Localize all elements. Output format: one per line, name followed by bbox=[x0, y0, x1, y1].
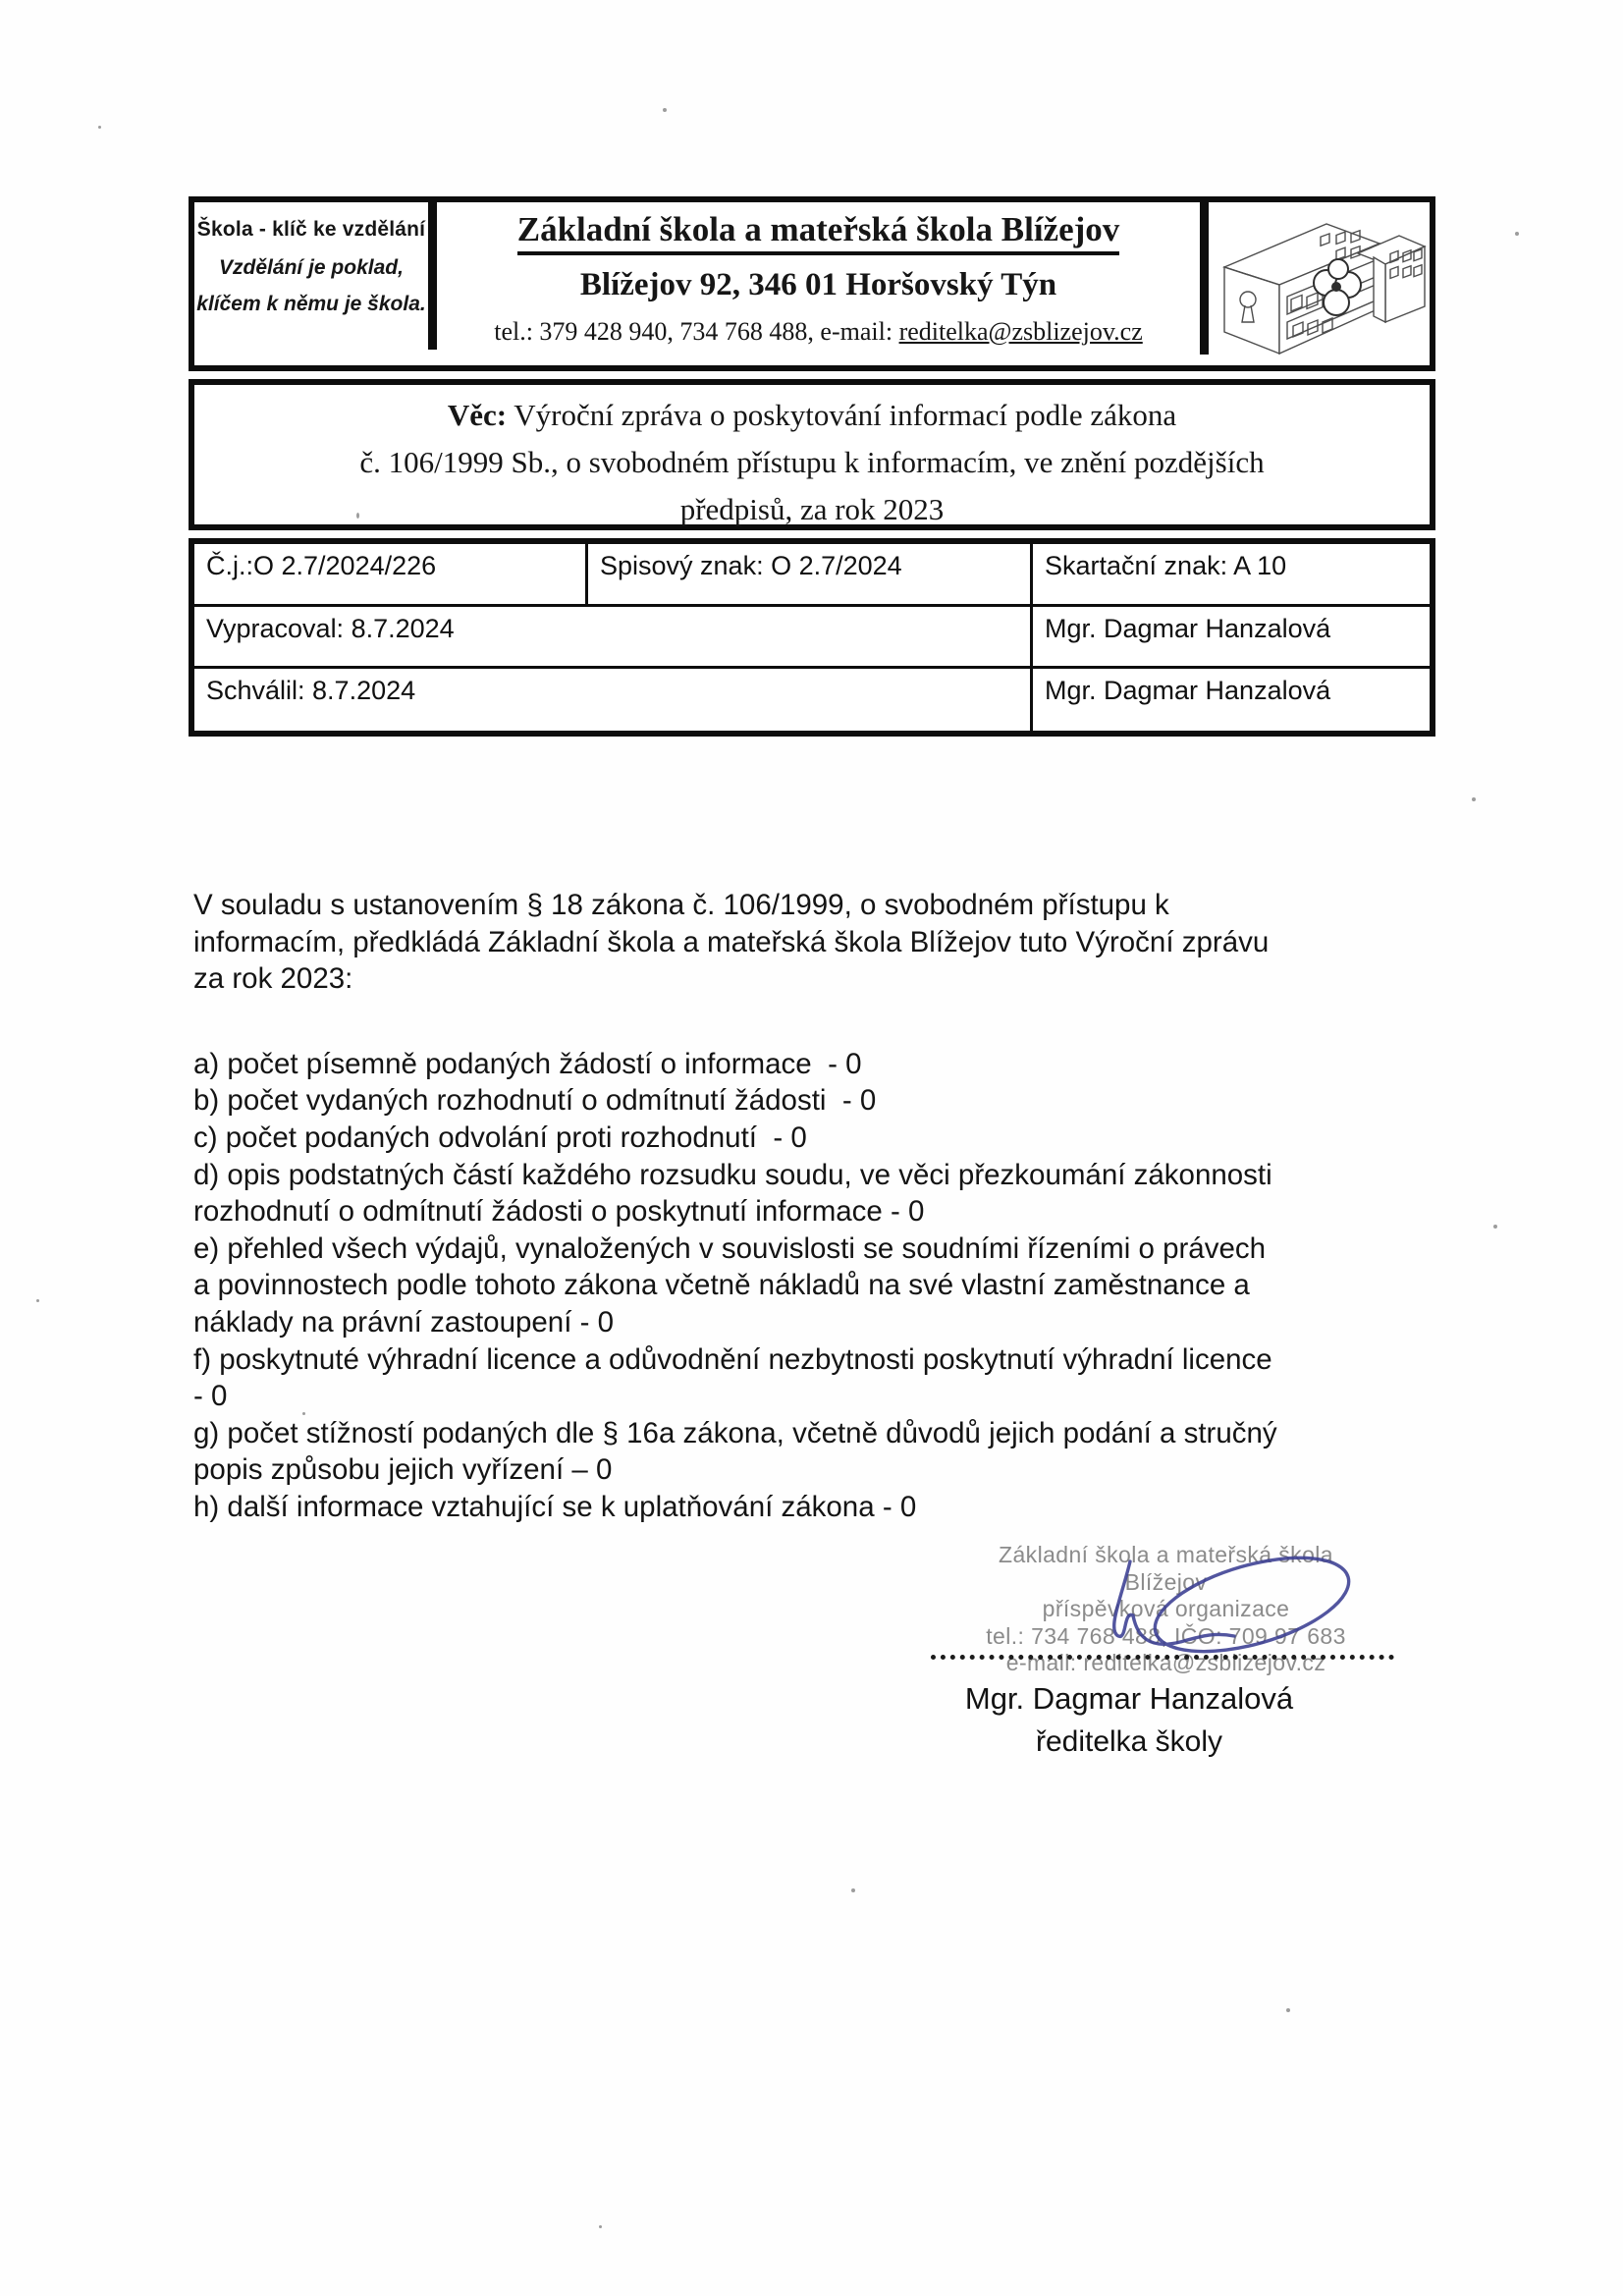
file-mark-cell: Spisový znak: O 2.7/2024 bbox=[588, 544, 1033, 604]
prepared-person-cell: Mgr. Dagmar Hanzalová bbox=[1033, 607, 1430, 666]
list-line: b) počet vydaných rozhodnutí o odmítnutí… bbox=[193, 1082, 1450, 1120]
dotted-signature-line bbox=[931, 1650, 1394, 1660]
table-row: Č.j.:O 2.7/2024/226 Spisový znak: O 2.7/… bbox=[194, 544, 1430, 607]
scan-speck bbox=[1286, 2008, 1290, 2012]
school-address: Blížejov 92, 346 01 Horšovský Týn bbox=[437, 267, 1200, 303]
motto-line-2: Vzdělání je poklad, bbox=[194, 256, 428, 280]
intro-line: V souladu s ustanovením § 18 zákona č. 1… bbox=[193, 887, 1450, 924]
vertical-divider bbox=[428, 202, 437, 350]
list-line: rozhodnutí o odmítnutí žádosti o poskytn… bbox=[193, 1193, 1450, 1230]
subject-label: Věc: bbox=[448, 398, 507, 432]
scan-speck bbox=[663, 108, 667, 112]
subject-box: Věc: Výroční zpráva o poskytování inform… bbox=[189, 379, 1435, 530]
motto-line-1: Škola - klíč ke vzdělání bbox=[194, 218, 428, 242]
approved-person-cell: Mgr. Dagmar Hanzalová bbox=[1033, 669, 1430, 731]
vertical-divider bbox=[1200, 202, 1209, 355]
report-body: V souladu s ustanovením § 18 zákona č. 1… bbox=[193, 887, 1450, 1526]
subject-line-2: č. 106/1999 Sb., o svobodném přístupu k … bbox=[194, 439, 1430, 486]
scanned-document-page: { "header": { "motto": { "line1": "Škola… bbox=[0, 0, 1623, 2296]
table-row: Schválil: 8.7.2024 Mgr. Dagmar Hanzalová bbox=[194, 669, 1430, 731]
school-building-icon bbox=[1211, 206, 1430, 363]
list-line: h) další informace vztahující se k uplat… bbox=[193, 1489, 1450, 1526]
ref-number-cell: Č.j.:O 2.7/2024/226 bbox=[194, 544, 588, 604]
scan-speck bbox=[1493, 1225, 1497, 1229]
motto-line-3: klíčem k němu je škola. bbox=[194, 293, 428, 316]
list-line: náklady na právní zastoupení - 0 bbox=[193, 1304, 1450, 1341]
list-line: a povinnostech podle tohoto zákona včetn… bbox=[193, 1267, 1450, 1304]
scan-speck bbox=[1472, 797, 1476, 801]
document-meta-table: Č.j.:O 2.7/2024/226 Spisový znak: O 2.7/… bbox=[189, 538, 1435, 737]
list-line: g) počet stížností podaných dle § 16a zá… bbox=[193, 1415, 1450, 1452]
school-contact: tel.: 379 428 940, 734 768 488, e-mail: … bbox=[437, 317, 1200, 347]
approved-by-cell: Schválil: 8.7.2024 bbox=[194, 669, 1033, 731]
scan-speck bbox=[302, 1412, 305, 1415]
list-line: - 0 bbox=[193, 1378, 1450, 1415]
shredding-mark-cell: Skartační znak: A 10 bbox=[1033, 544, 1430, 604]
letterhead-box: Škola - klíč ke vzdělání Vzdělání je pok… bbox=[189, 196, 1435, 371]
table-row: Vypracoval: 8.7.2024 Mgr. Dagmar Hanzalo… bbox=[194, 607, 1430, 669]
scan-speck bbox=[1515, 232, 1519, 236]
scan-speck bbox=[599, 2225, 602, 2228]
signature-title: ředitelka školy bbox=[923, 1725, 1335, 1759]
scan-speck bbox=[36, 1299, 39, 1302]
scan-speck bbox=[98, 126, 101, 129]
scan-speck bbox=[356, 513, 359, 519]
email-text: reditelka@zsblizejov.cz bbox=[899, 317, 1143, 346]
school-motto-box: Škola - klíč ke vzdělání Vzdělání je pok… bbox=[194, 202, 428, 365]
intro-line: za rok 2023: bbox=[193, 960, 1450, 998]
signature-block: Mgr. Dagmar Hanzalová ředitelka školy bbox=[923, 1681, 1335, 1759]
letterhead-center: Základní škola a mateřská škola Blížejov… bbox=[437, 202, 1200, 365]
subject-line-1: Věc: Výroční zpráva o poskytování inform… bbox=[194, 392, 1430, 439]
list-line: f) poskytnuté výhradní licence a odůvodn… bbox=[193, 1341, 1450, 1379]
prepared-by-cell: Vypracoval: 8.7.2024 bbox=[194, 607, 1033, 666]
scan-speck bbox=[851, 1888, 855, 1892]
list-line: e) přehled všech výdajů, vynaložených v … bbox=[193, 1230, 1450, 1268]
signature-name: Mgr. Dagmar Hanzalová bbox=[923, 1681, 1335, 1717]
list-line: a) počet písemně podaných žádostí o info… bbox=[193, 1046, 1450, 1083]
list-line: d) opis podstatných částí každého rozsud… bbox=[193, 1157, 1450, 1194]
list-line: c) počet podaných odvolání proti rozhodn… bbox=[193, 1120, 1450, 1157]
school-name: Základní škola a mateřská škola Blížejov bbox=[517, 210, 1120, 255]
subject-line-3: předpisů, za rok 2023 bbox=[194, 486, 1430, 533]
list-line: popis způsobu jejich vyřízení – 0 bbox=[193, 1451, 1450, 1489]
intro-line: informacím, předkládá Základní škola a m… bbox=[193, 924, 1450, 961]
